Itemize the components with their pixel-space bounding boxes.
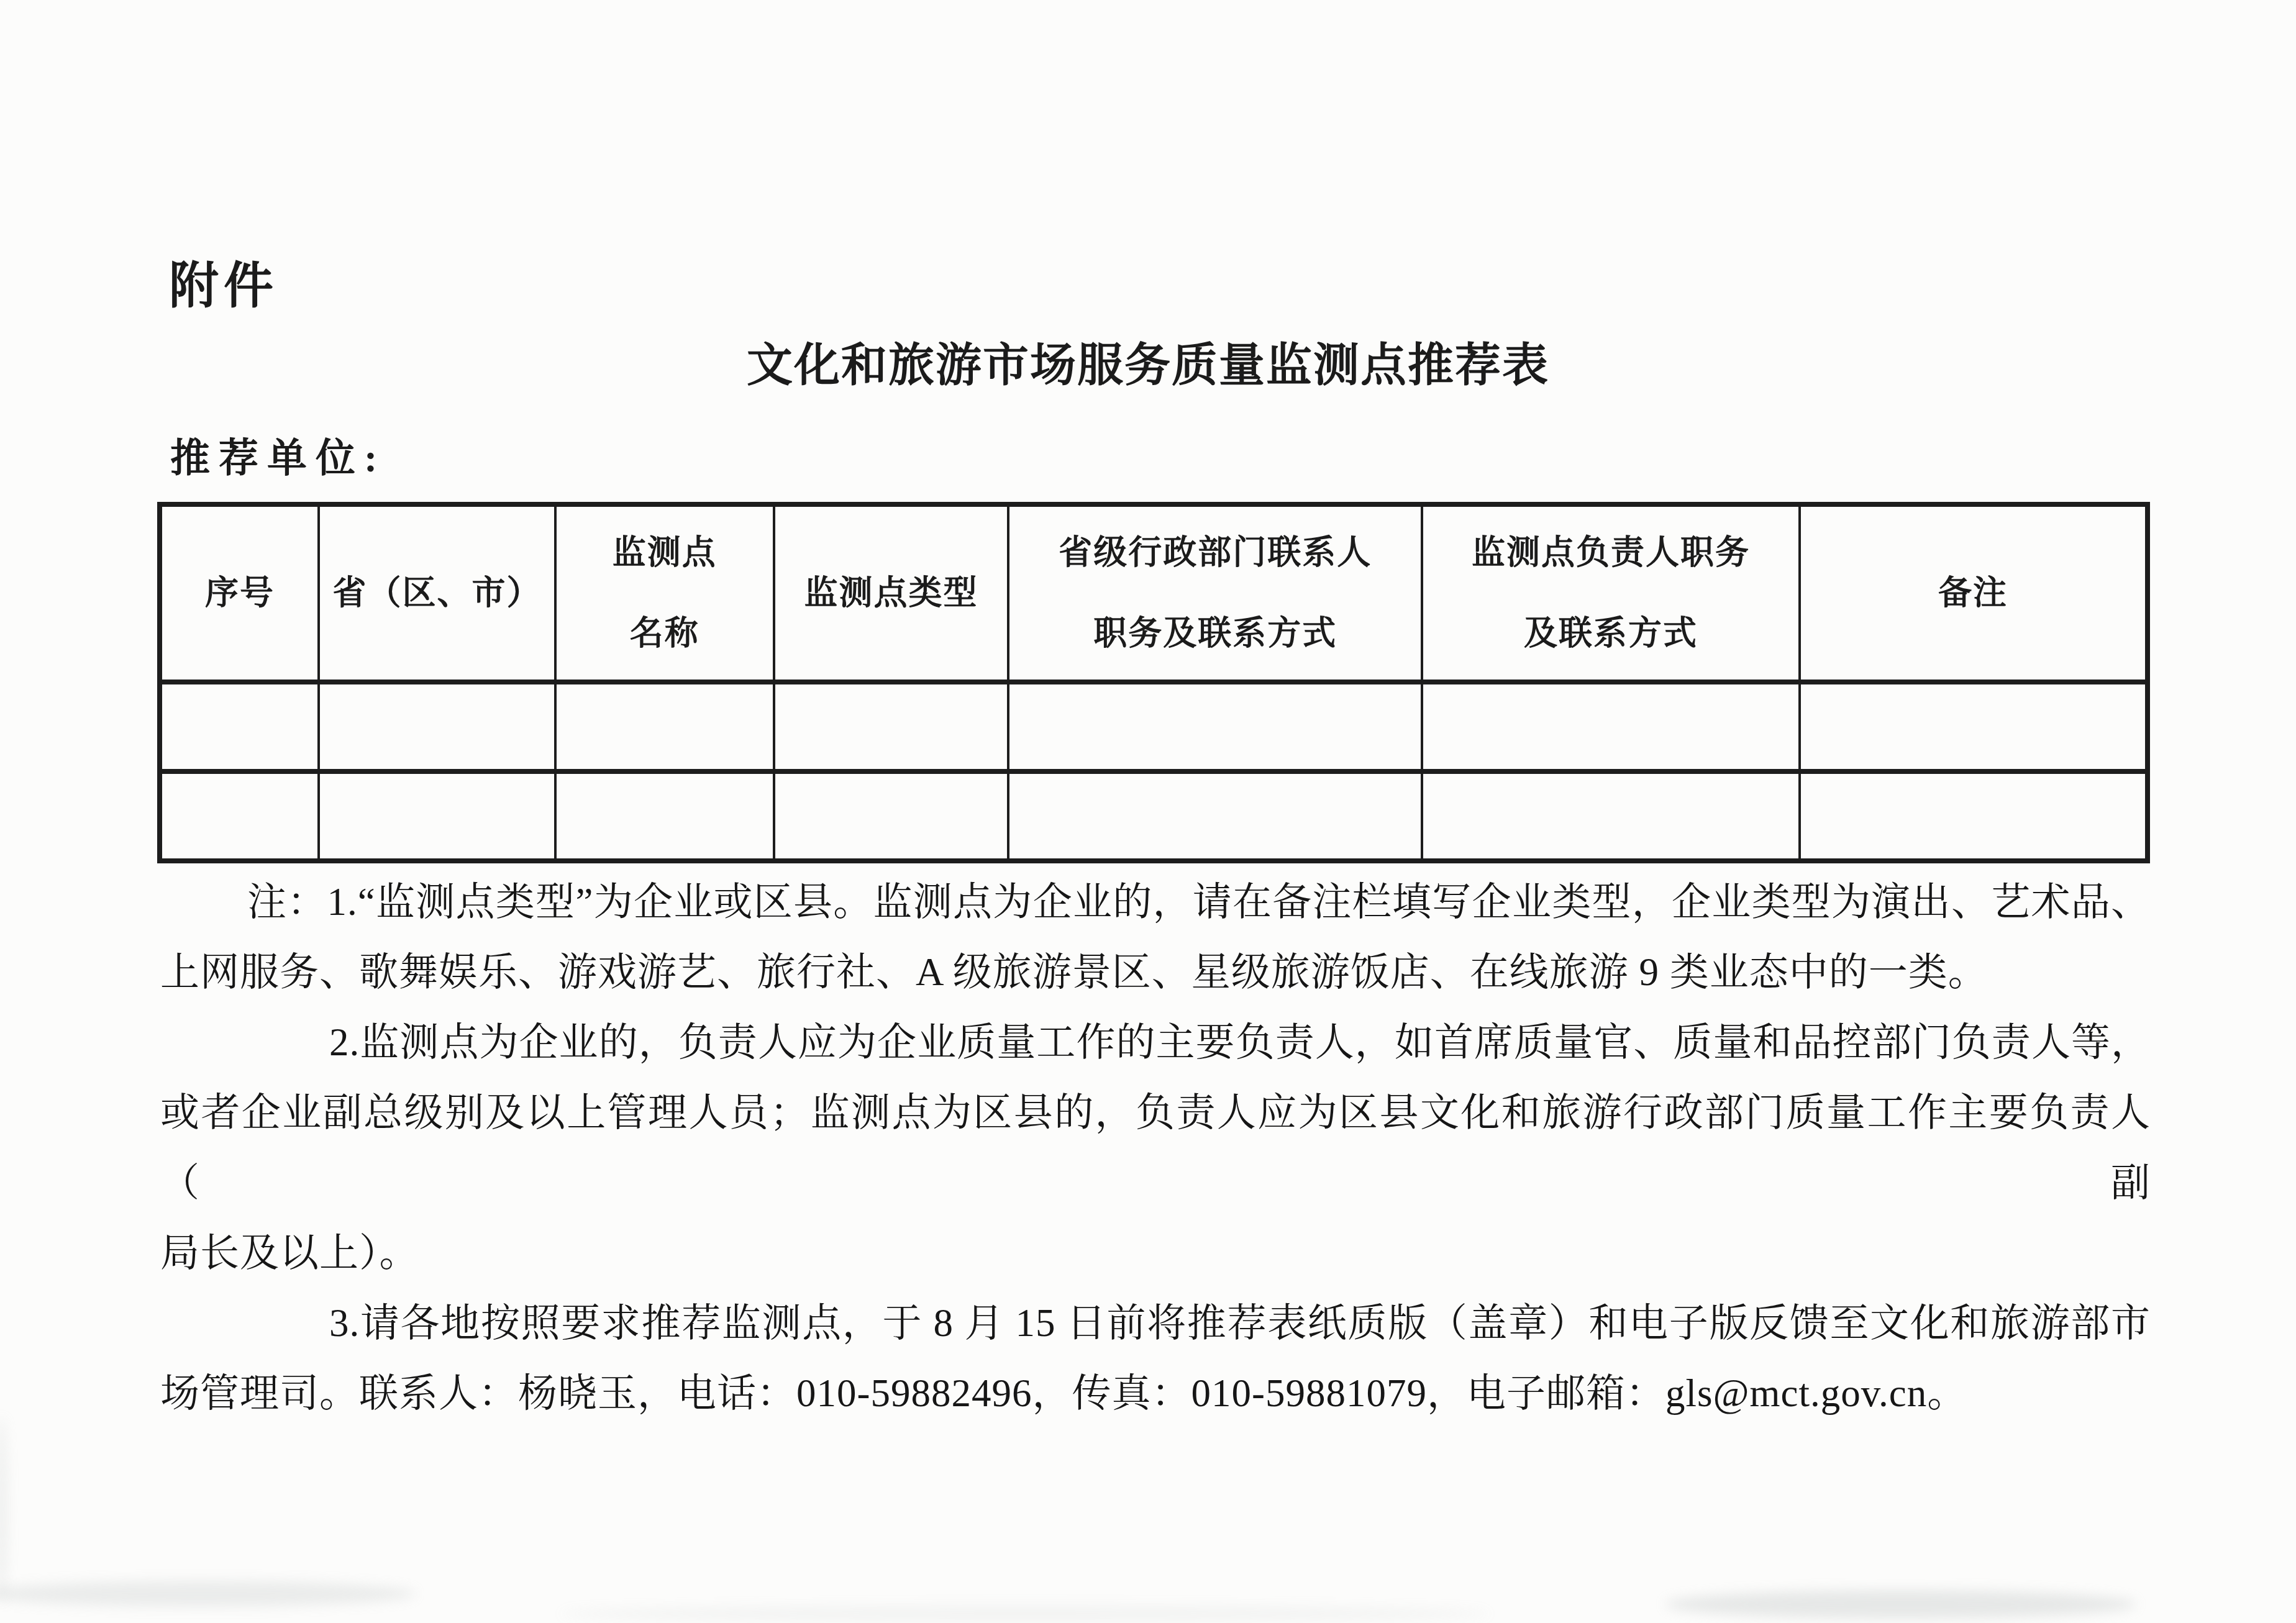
header-point-name: 监测点 名称: [555, 504, 774, 682]
scanned-document-page: 附件 文化和旅游市场服务质量监测点推荐表 推荐单位: 序号 省（区、市） 监测点: [0, 0, 2296, 1623]
table-header-row: 序号 省（区、市） 监测点 名称 监测点类型 省级行政部门联系人 职务及联系方式: [160, 504, 2148, 682]
scan-artifact: [0, 1581, 416, 1607]
header-provincial-contact: 省级行政部门联系人 职务及联系方式: [1008, 504, 1422, 682]
header-label: 监测点: [557, 536, 773, 570]
empty-cell: [1008, 771, 1422, 861]
header-label: 及联系方式: [1423, 617, 1798, 650]
header-label: 省（区、市）: [320, 576, 554, 610]
empty-cell: [555, 771, 774, 861]
scan-artifact: [559, 1606, 1491, 1622]
empty-cell: [1422, 682, 1800, 771]
empty-cell: [1008, 682, 1422, 771]
empty-cell: [160, 771, 319, 861]
table-empty-row: [160, 682, 2148, 771]
empty-cell: [774, 771, 1009, 861]
scan-artifact: [1665, 1590, 2137, 1619]
empty-cell: [774, 682, 1009, 771]
empty-cell: [1422, 771, 1800, 861]
note-line-4: 或者企业副总级别及以上管理人员；监测点为区县的，负责人应为区县文化和旅游行政部门…: [160, 1078, 2151, 1218]
monitoring-point-table: 序号 省（区、市） 监测点 名称 监测点类型 省级行政部门联系人 职务及联系方式: [157, 502, 2150, 863]
header-serial-number: 序号: [160, 504, 319, 682]
note-line-5: 局长及以上）。: [160, 1218, 2151, 1288]
note-line-6: 3.请各地按照要求推荐监测点，于 8 月 15 日前将推荐表纸质版（盖章）和电子…: [160, 1288, 2151, 1358]
document-title: 文化和旅游市场服务质量监测点推荐表: [0, 343, 2296, 389]
note-line-1: 注：1.“监测点类型”为企业或区县。监测点为企业的，请在备注栏填写企业类型，企业…: [160, 867, 2151, 937]
note-line-7: 场管理司。联系人：杨晓玉，电话：010-59882496，传真：010-5988…: [160, 1358, 2151, 1429]
header-point-type: 监测点类型: [774, 504, 1009, 682]
empty-cell: [319, 682, 555, 771]
header-label: 监测点类型: [775, 576, 1008, 610]
header-label: 名称: [557, 617, 773, 650]
recommending-unit-label: 推荐单位:: [170, 439, 386, 478]
empty-cell: [555, 682, 774, 771]
header-remarks: 备注: [1800, 504, 2148, 682]
header-province: 省（区、市）: [319, 504, 555, 682]
empty-cell: [319, 771, 555, 861]
scan-artifact: [0, 1416, 7, 1603]
header-label: 备注: [1801, 576, 2145, 610]
header-label: 序号: [162, 576, 317, 610]
note-line-2: 上网服务、歌舞娱乐、游戏游艺、旅行社、A 级旅游景区、星级旅游饭店、在线旅游 9…: [160, 937, 2151, 1007]
empty-cell: [1800, 771, 2148, 861]
header-label: 职务及联系方式: [1009, 617, 1421, 650]
note-line-3: 2.监测点为企业的，负责人应为企业质量工作的主要负责人，如首席质量官、质量和品控…: [160, 1007, 2151, 1078]
header-label: 监测点负责人职务: [1423, 536, 1798, 570]
notes-section: 注：1.“监测点类型”为企业或区县。监测点为企业的，请在备注栏填写企业类型，企业…: [160, 867, 2151, 1429]
attachment-label: 附件: [169, 261, 278, 311]
empty-cell: [160, 682, 319, 771]
table-empty-row: [160, 771, 2148, 861]
header-label: 省级行政部门联系人: [1009, 536, 1421, 570]
header-point-leader: 监测点负责人职务 及联系方式: [1422, 504, 1800, 682]
empty-cell: [1800, 682, 2148, 771]
